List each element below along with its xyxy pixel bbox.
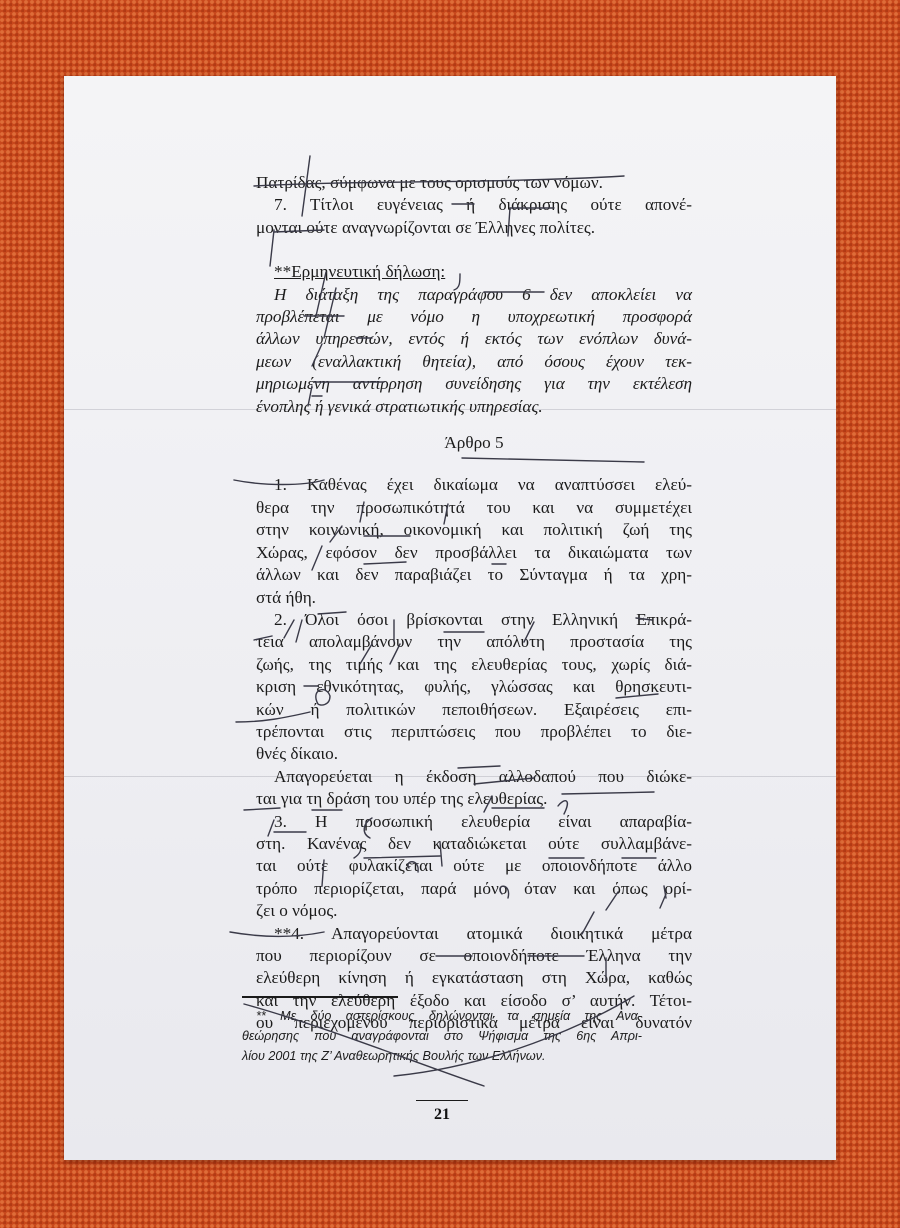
text-line: προβλέπεται με νόμο η υποχρεωτική προσφο… [256,306,692,328]
text-line: στά ήθη. [256,587,692,609]
paragraph-3: 3. Η προσωπική ελευθερία είναι απαραβία-… [256,811,692,923]
text-line: μεων (εναλλακτική θητεία), από όσους έχο… [256,351,692,373]
text-line: στην κοινωνική, οικονομική και πολιτική … [256,519,692,541]
text-line: ένοπλης ή γενικά στρατιωτικής υπηρεσίας. [256,396,692,418]
text-line: στη. Κανένας δεν καταδιώκεται ούτε συλλα… [256,833,692,855]
footnote-separator [242,996,398,998]
text-line: 3. Η προσωπική ελευθερία είναι απαραβία- [256,811,692,833]
text-line: που περιορίζουν σε οποιονδήποτε Έλληνα τ… [256,945,692,967]
page-number: 21 [416,1106,468,1124]
text-line: ελεύθερη κίνηση ή εγκατάσταση στη Χώρα, … [256,967,692,989]
text-line: θερα την προσωπικότητά του και να συμμετ… [256,497,692,519]
text-line: τεια απολαμβάνουν την απόλυτη προστασία … [256,631,692,653]
text-line: 7. Τίτλοι ευγένειας ή διάκρισης ούτε απο… [256,194,692,216]
document-body: Πατρίδας, σύμφωνα με τους ορισμούς των ν… [256,172,692,1035]
text-line: ται ούτε φυλακίζεται ούτε με οποιονδήποτ… [256,855,692,877]
text-line: τρέπονται στις περιπτώσεις που προβλέπει… [256,721,692,743]
interpretive-heading: **Ερμηνευτική δήλωση: [256,261,692,283]
text-line: άλλων υπηρεσιών, εντός ή εκτός των ενόπλ… [256,328,692,350]
paragraph-1: 1. Καθένας έχει δικαίωμα να αναπτύσσει ε… [256,474,692,608]
text-line: μονται ούτε αναγνωρίζονται σε Έλληνες πο… [256,217,692,239]
paragraph-2: 2. Όλοι όσοι βρίσκονται στην Ελληνική Επ… [256,609,692,766]
text-line: Απαγορεύεται η έκδοση αλλοδαπού που διώκ… [256,766,692,788]
text-line: ται για τη δράση του υπέρ της ελευθερίας… [256,788,692,810]
text-line: άλλων και δεν παραβιάζει το Σύνταγμα ή τ… [256,564,692,586]
article-title: Άρθρο 5 [256,432,692,454]
footnote: ** Με δύο αστερίσκους δηλώνονται τα σημε… [242,1006,642,1066]
text-line: ζωής, της τιμής και της ελευθερίας τους,… [256,654,692,676]
paragraph-2b: Απαγορεύεται η έκδοση αλλοδαπού που διώκ… [256,766,692,811]
text-line: τρόπο περιορίζεται, παρά μόνο όταν και ό… [256,878,692,900]
text-line: κών ή πολιτικών πεποιθήσεων. Εξαιρέσεις … [256,699,692,721]
footnote-line: λίου 2001 της Ζ’ Αναθεωρητικής Βουλής τω… [242,1046,642,1066]
page-number-rule [416,1100,468,1101]
text-line: 1. Καθένας έχει δικαίωμα να αναπτύσσει ε… [256,474,692,496]
text-line: Χώρας, εφόσον δεν προσβάλλει τα δικαιώμα… [256,542,692,564]
text-line: **4. Απαγορεύονται ατομικά διοικητικά μέ… [256,923,692,945]
text-line: Η διάταξη της παραγράφου 6 δεν αποκλείει… [256,284,692,306]
text-line: 2. Όλοι όσοι βρίσκονται στην Ελληνική Επ… [256,609,692,631]
document-page: Πατρίδας, σύμφωνα με τους ορισμούς των ν… [64,76,836,1160]
text-line: μηριωμένη αντίρρηση συνείδησης για την ε… [256,373,692,395]
footnote-line: ** Με δύο αστερίσκους δηλώνονται τα σημε… [242,1006,642,1026]
footnote-line: θεώρησης που αναγράφονται στο Ψήφισμα τη… [242,1026,642,1046]
text-line: κριση εθνικότητας, φυλής, γλώσσας και θρ… [256,676,692,698]
top-section: Πατρίδας, σύμφωνα με τους ορισμούς των ν… [256,172,692,239]
interpretive-statement: **Ερμηνευτική δήλωση: Η διάταξη της παρα… [256,261,692,418]
text-line: ζει ο νόμος. [256,900,692,922]
text-line: Πατρίδας, σύμφωνα με τους ορισμούς των ν… [256,172,692,194]
text-line: θνές δίκαιο. [256,743,692,765]
